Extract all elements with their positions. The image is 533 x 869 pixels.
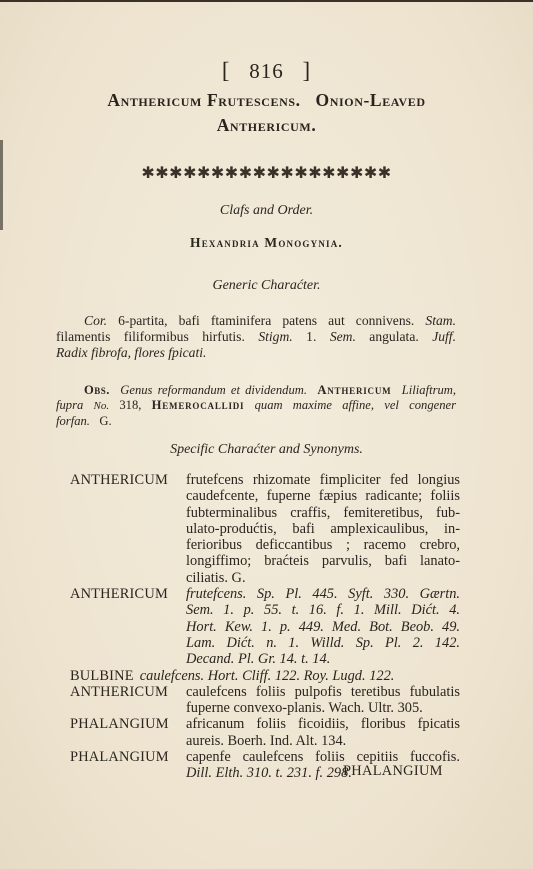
page-top-edge xyxy=(0,0,533,2)
synonym-text: caulefcens. Hort. Cliff. 122. Roy. Lugd.… xyxy=(140,668,460,684)
synonym-genus: PHALANGIUM xyxy=(70,716,186,749)
obs-line-1: Obs. Genus reformandum et dividendum. An… xyxy=(56,383,456,398)
page-number-value: 816 xyxy=(249,59,284,83)
obs-note: Obs. Genus reformandum et dividendum. An… xyxy=(56,383,456,429)
obs-line-3: forfan. G. xyxy=(56,414,456,429)
page-number: [ 816 ] xyxy=(0,58,533,84)
generic-line-2: filamentis filiformibus hirfutis. Stigm.… xyxy=(56,329,456,345)
specific-character-heading: Specific Charaćter and Synonyms. xyxy=(0,442,533,458)
synonym-genus: PHALANGIUM xyxy=(70,749,186,782)
asterisk-ornament-rule: ✱✱✱✱✱✱✱✱✱✱✱✱✱✱✱✱✱✱ xyxy=(0,163,533,182)
page-title-line-1: Anthericum Frutescens. Onion-Leaved xyxy=(0,90,533,111)
synonym-genus: BULBINE xyxy=(70,668,134,684)
synonym-entry: ANTHERICUM frutefcens. Sp. Pl. 445. Syft… xyxy=(70,586,460,667)
synonym-genus: ANTHERICUM xyxy=(70,684,186,717)
synonym-text: frutefcens. Sp. Pl. 445. Syft. 330. Gært… xyxy=(186,586,460,667)
bracket-right: ] xyxy=(303,58,312,83)
class-order-heading: Clafs and Order. xyxy=(0,203,533,219)
synonym-text: caulefcens foliis pulpofis teretibus fub… xyxy=(186,684,460,717)
class-order-value: Hexandria Monogynia. xyxy=(0,235,533,251)
synonym-entry: PHALANGIUM africanum foliis ficoidiis, f… xyxy=(70,716,460,749)
page-title-line-2: Anthericum. xyxy=(0,115,533,136)
synonym-text: africanum foliis ficoidiis, floribus fpi… xyxy=(186,716,460,749)
generic-line-1: Cor. 6-partita, bafi ftaminifera patens … xyxy=(56,313,456,329)
synonym-genus: ANTHERICUM xyxy=(70,586,186,667)
obs-line-2: fupra No. 318, Hemerocallidi quam maxime… xyxy=(56,398,456,414)
synonym-genus: ANTHERICUM xyxy=(70,472,186,586)
synonym-entry: ANTHERICUM caulefcens foliis pulpofis te… xyxy=(70,684,460,717)
catchword: PHALANGIUM xyxy=(343,763,443,780)
generic-line-3: Radix fibrofa, flores fpicati. xyxy=(56,345,456,361)
synonym-entry: ANTHERICUM frutefcens rhizomate fimplici… xyxy=(70,472,460,586)
book-page: [ 816 ] Anthericum Frutescens. Onion-Lea… xyxy=(0,0,533,869)
generic-character-heading: Generic Charaćter. xyxy=(0,278,533,294)
synonyms-list: ANTHERICUM frutefcens rhizomate fimplici… xyxy=(70,472,460,782)
bracket-left: [ xyxy=(222,58,231,83)
generic-character-text: Cor. 6-partita, bafi ftaminifera patens … xyxy=(56,313,456,361)
synonym-text: frutefcens rhizomate fimpliciter fed lon… xyxy=(186,472,460,586)
synonym-entry: BULBINE caulefcens. Hort. Cliff. 122. Ro… xyxy=(70,668,460,684)
